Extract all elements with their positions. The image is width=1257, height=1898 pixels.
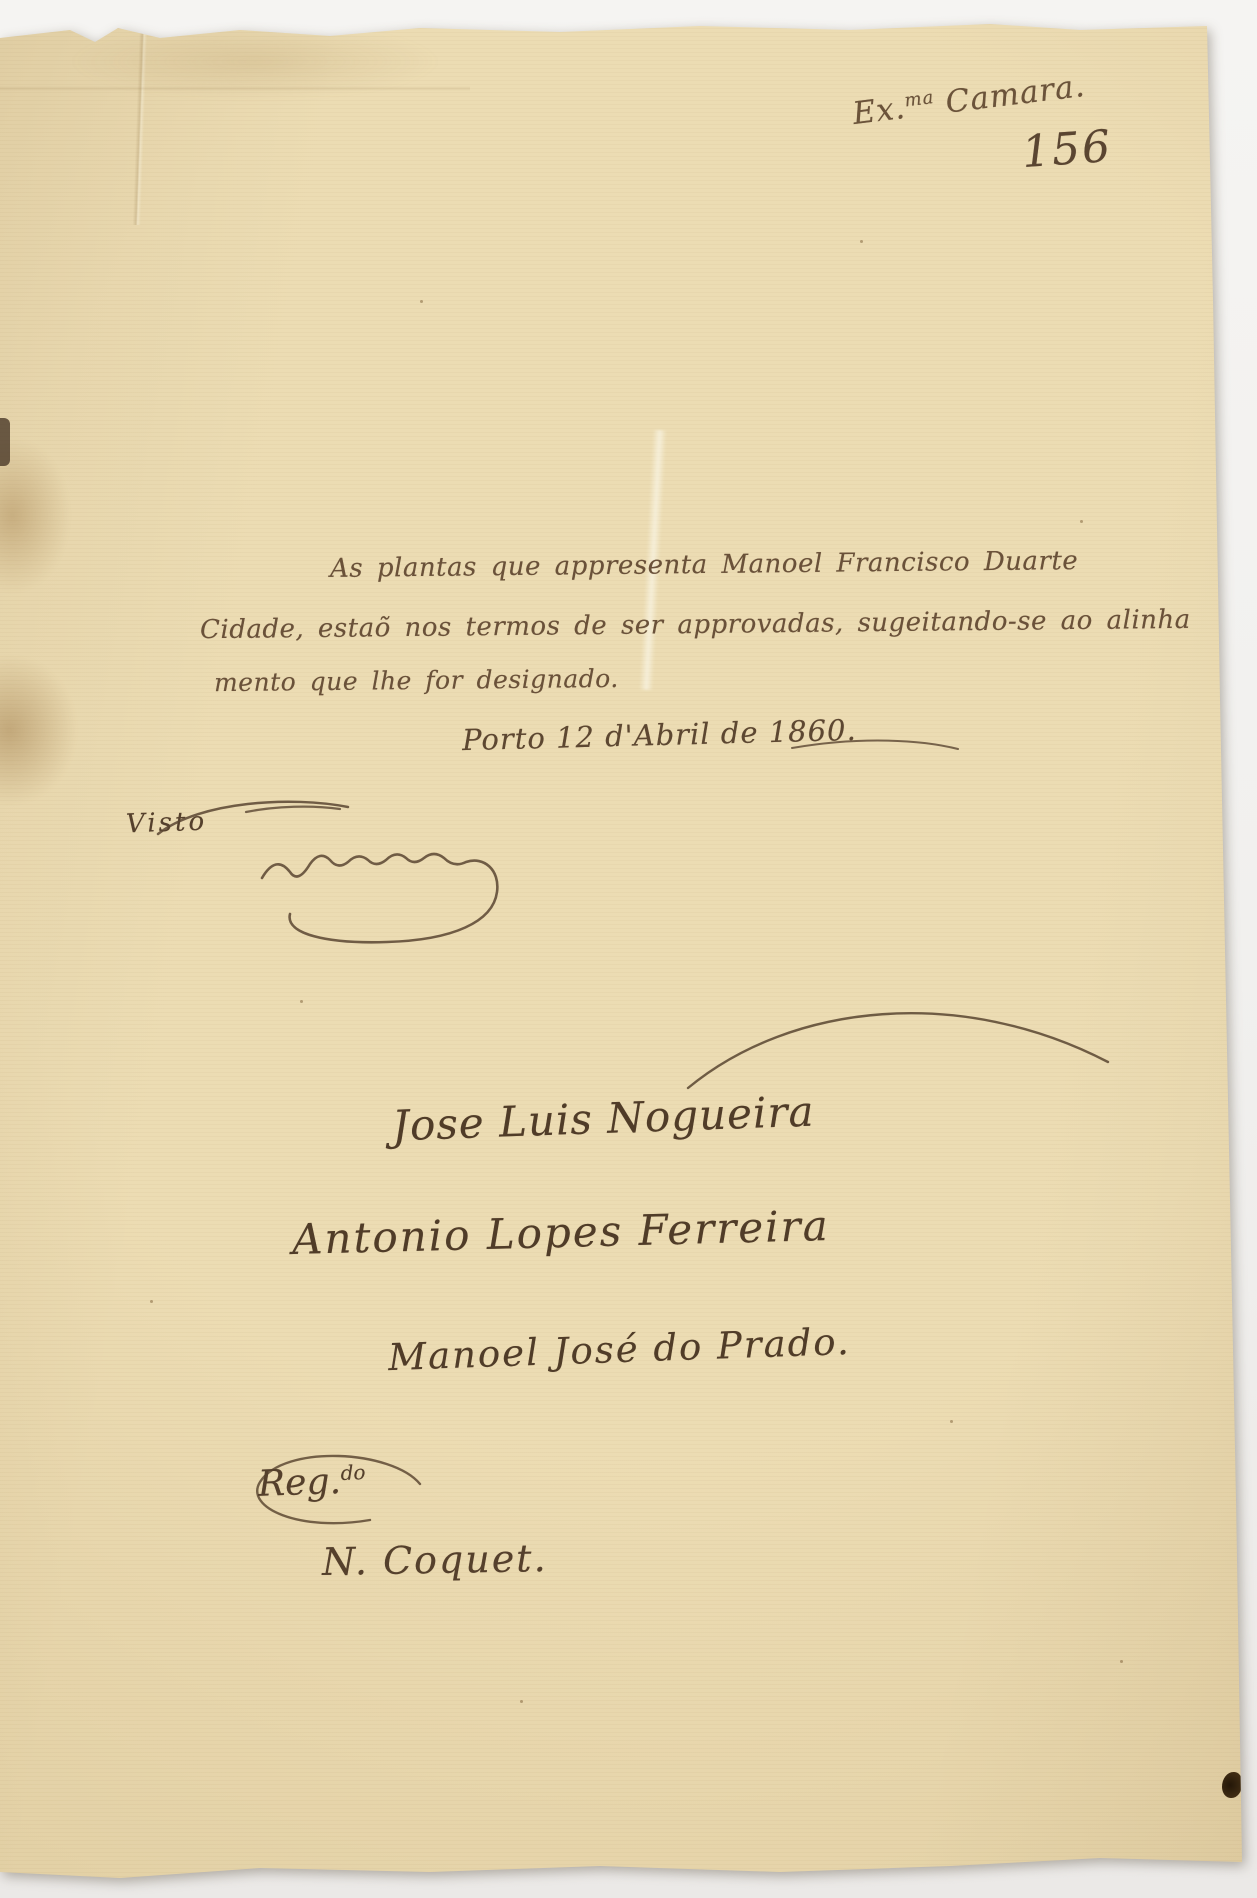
ink-flourishes bbox=[0, 0, 1257, 1898]
visto-annotation: Visto bbox=[126, 807, 208, 840]
paper-speck bbox=[1080, 520, 1083, 523]
visto-dash bbox=[246, 807, 340, 812]
signature-jose-luis-nogueira: Jose Luis Nogueira bbox=[391, 1087, 815, 1151]
signature-manoel-jose-do-prado: Manoel José do Prado. bbox=[387, 1320, 851, 1379]
fold-crease-top bbox=[0, 86, 470, 91]
body-text-line-1: As plantas que appresenta Manoel Francis… bbox=[330, 546, 1079, 584]
paper-stain-top-edge bbox=[70, 24, 440, 99]
body-text-line-2: Cidade, estaõ nos termos de ser approvad… bbox=[200, 605, 1191, 645]
body-text-line-3: mento que lhe for designado. bbox=[214, 664, 619, 697]
paper-speck bbox=[950, 1420, 953, 1423]
paper-speck bbox=[150, 1300, 153, 1303]
paper-sheet: Ex.ma Camara. 156 As plantas que apprese… bbox=[0, 0, 1257, 1898]
addressee-heading: Ex.ma Camara. bbox=[851, 68, 1088, 132]
addressee-prefix: Ex. bbox=[851, 90, 908, 132]
signature-antonio-lopes-ferreira: Antonio Lopes Ferreira bbox=[291, 1201, 830, 1264]
registration-abbreviation: Reg.do bbox=[257, 1460, 366, 1505]
paper-stain-left-upper bbox=[0, 438, 70, 593]
scanned-manuscript-page: { "page": { "folio_number": "156" }, "he… bbox=[0, 0, 1257, 1898]
addressee-superscript: ma bbox=[903, 87, 935, 111]
signature-arc-flourish bbox=[688, 1013, 1108, 1088]
paper-surface: Ex.ma Camara. 156 As plantas que apprese… bbox=[0, 0, 1257, 1898]
paper-speck bbox=[860, 240, 863, 243]
fold-crease-top-left bbox=[133, 30, 148, 225]
paper-speck bbox=[1120, 1660, 1123, 1663]
laid-paper-texture bbox=[0, 0, 1257, 1898]
registration-superscript: do bbox=[340, 1460, 366, 1485]
left-edge-tear-mark bbox=[0, 418, 10, 466]
clerk-signature: N. Coquet. bbox=[322, 1536, 548, 1584]
addressee-name: Camara. bbox=[933, 68, 1087, 122]
paper-speck bbox=[420, 300, 423, 303]
folio-number: 156 bbox=[1020, 121, 1113, 178]
date-place-line: Porto 12 d'Abril de 1860. bbox=[462, 713, 858, 757]
paper-speck bbox=[520, 1700, 523, 1703]
margin-rubric-signature bbox=[262, 854, 497, 942]
paper-stain-left-lower bbox=[0, 655, 77, 805]
registration-prefix: Reg. bbox=[257, 1461, 341, 1505]
paper-speck bbox=[300, 1000, 303, 1003]
right-edge-ink-blot bbox=[1222, 1772, 1242, 1798]
